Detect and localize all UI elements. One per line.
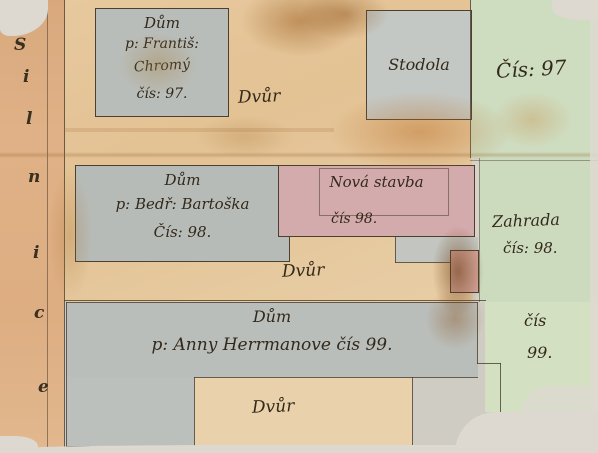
torn-edge [0,436,38,453]
road-letter: n [28,168,40,187]
new-building-98: Nová stavba čís 98. [278,165,475,237]
house-99-label: p: Anny Herrmanove čís 99. [66,336,478,355]
house-97-label: p: Františ: [96,37,228,52]
road-letter: l [26,110,32,129]
courtyard-99-left-line [194,377,195,450]
garden-98-boundary-line [479,158,480,302]
courtyard-97-label: Dvůr [238,87,281,107]
garden-97-label: Čís: 97 [495,56,567,82]
house-99-left-line [66,302,67,447]
garden-97-boundary-line [470,0,471,158]
garden-98-label: Zahrada [492,211,561,231]
house-99-right-line [477,302,478,364]
new-building-label: čís 98. [331,212,377,227]
house-97-label: Dům [96,15,228,32]
plot-left-boundary-line [64,0,65,453]
road-strip: S i l n i c e [0,0,64,453]
strip-left-line [395,237,396,263]
courtyard-99-label: Dvůr [252,397,295,417]
torn-edge [0,445,598,453]
small-annex-building [450,250,479,293]
barn-label: Stodola [367,56,471,74]
house-98-building: Dům p: Bedř: Bartoška Čís: 98. [75,165,290,262]
house-99-wing [66,377,194,447]
house-97-label: Chromý [96,56,229,78]
road-letter: S [14,36,26,55]
house-98-label: Čís: 98. [76,224,289,241]
house-98-label: p: Bedř: Bartoška [76,196,289,213]
garden-99-step-line [477,363,501,364]
house-97-label: čís: 97. [96,87,228,102]
house-99-building: Dům p: Anny Herrmanove čís 99. [66,302,478,377]
road-letter: c [34,304,44,323]
courtyard-99-right-line [412,377,413,450]
new-building-label: Nová stavba [279,174,474,191]
house-97-building: Dům p: Františ: Chromý čís: 97. [95,8,229,117]
house-99-top-line [66,302,478,303]
road-letter: i [33,244,39,263]
road-letter: i [23,68,29,87]
garden-fold-line [470,160,598,161]
house-99-bottom-line [194,377,478,378]
barn-building: Stodola [366,10,472,120]
garden-98-number: čís: 98. [503,240,558,257]
courtyard-99-area [195,378,412,450]
cadastral-plan-map: S i l n i c e Dům p: Františ: Chromý čís… [0,0,598,453]
road-inner-line [47,0,48,453]
courtyard-98-label: Dvůr [282,261,325,281]
garden-99-label: čís [524,312,546,330]
garden-99-number: 99. [527,344,552,362]
house-98-label: Dům [76,172,289,189]
house-99-label: Dům [66,308,478,326]
courtyard-98-bottom-line [64,300,486,301]
strip-bottom-line [395,262,451,263]
